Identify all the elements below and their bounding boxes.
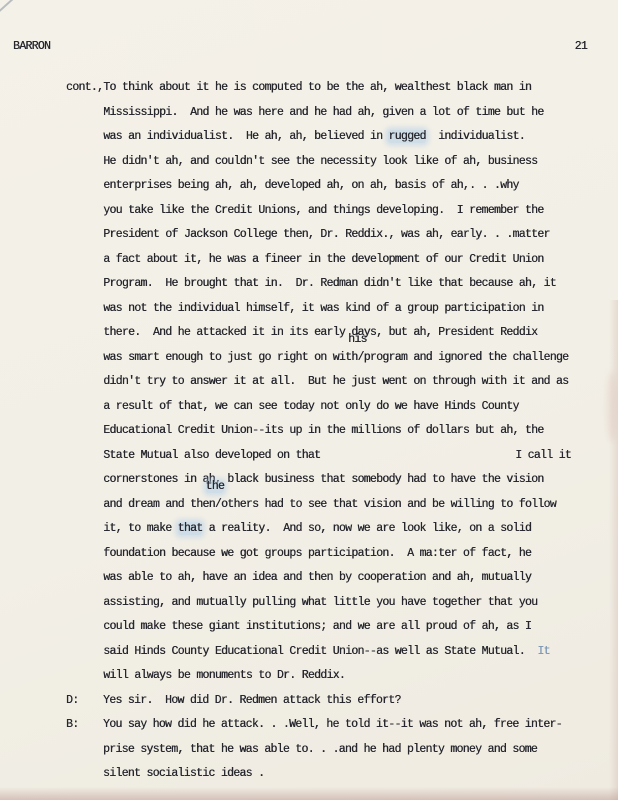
text-segment: was smart enough to just go right on wit… bbox=[103, 351, 568, 364]
text-segment: was not the individual himself, it was k… bbox=[103, 302, 543, 315]
text-segment: said Hinds County Educational Credit Uni… bbox=[103, 645, 537, 658]
interlinear-insertion: the bbox=[206, 481, 225, 493]
speaker-label: B: bbox=[0, 713, 103, 738]
transcript-line: will always be monuments to Dr. Reddix. bbox=[103, 664, 571, 689]
text-segment: prise system, that he was able to. . .an… bbox=[103, 743, 537, 756]
transcript-line: was not the individual himself, it was k… bbox=[103, 297, 571, 322]
highlighted-word: rugged bbox=[388, 130, 425, 143]
text-segment: Mississippi. And he was here and he had … bbox=[103, 106, 543, 119]
text-segment: was an individualist. He ah, ah, believe… bbox=[103, 130, 388, 143]
transcript-line: cornerstones in ah, black business that … bbox=[103, 468, 571, 493]
text-segment: cornerstones in ah, black business that … bbox=[103, 473, 543, 486]
transcript-body: cont.,To think about it he is computed t… bbox=[0, 76, 618, 787]
transcript-line: could make these giant institutions; and… bbox=[103, 615, 571, 640]
turn-text-column: Yes sir. How did Dr. Redmen attack this … bbox=[103, 689, 618, 714]
transcript-line: He didn't ah, and couldn't see the neces… bbox=[103, 150, 571, 175]
text-segment: To think about it he is computed to be t… bbox=[103, 81, 531, 94]
text-segment: a fact about it, he was a fineer in the … bbox=[103, 253, 543, 266]
transcript-line: You say how did he attack. . .Well, he t… bbox=[103, 713, 571, 738]
text-segment: Educational Credit Union--its up in the … bbox=[103, 424, 543, 437]
text-segment: assisting, and mutually pulling what lit… bbox=[103, 596, 537, 609]
transcript-line: President of Jackson College then, Dr. R… bbox=[103, 223, 571, 248]
text-segment: will always be monuments to Dr. Reddix. bbox=[103, 669, 345, 682]
text-segment: Yes sir. How did Dr. Redmen attack this … bbox=[103, 694, 401, 707]
text-segment: Program. He brought that in. Dr. Redman … bbox=[103, 277, 556, 290]
transcript-line: Mississippi. And he was here and he had … bbox=[103, 101, 571, 126]
transcript-turn: cont.,To think about it he is computed t… bbox=[0, 76, 618, 689]
transcript-line: foundation because we got groups partici… bbox=[103, 542, 571, 567]
text-segment: was able to ah, have an idea and then by… bbox=[103, 571, 531, 584]
text-segment: and dream and then/others had to see tha… bbox=[103, 498, 556, 511]
transcript-turn: B:You say how did he attack. . .Well, he… bbox=[0, 713, 618, 787]
right-margin-text: I call it bbox=[515, 444, 571, 469]
transcript-line: prise system, that he was able to. . .an… bbox=[103, 738, 571, 763]
transcript-line: you take like the Credit Unions, and thi… bbox=[103, 199, 571, 224]
speaker-label: cont., bbox=[0, 76, 103, 101]
transcript-line: State Mutual also developed on thatI cal… bbox=[103, 444, 571, 469]
transcript-line: was able to ah, have an idea and then by… bbox=[103, 566, 571, 591]
transcript-line: said Hinds County Educational Credit Uni… bbox=[103, 640, 571, 665]
scan-corner-artifact bbox=[0, 0, 13, 12]
header-speaker-name: BARRON bbox=[13, 40, 50, 53]
text-segment: could make these giant institutions; and… bbox=[103, 620, 531, 633]
transcript-line: Educational Credit Union--its up in the … bbox=[103, 419, 571, 444]
transcript-line: Program. He brought that in. Dr. Redman … bbox=[103, 272, 571, 297]
text-segment: He didn't ah, and couldn't see the neces… bbox=[103, 155, 537, 168]
transcript-line: was smart enough to just go right on wit… bbox=[103, 346, 571, 371]
text-segment: foundation because we got groups partici… bbox=[103, 547, 531, 560]
faded-blue-word: It bbox=[537, 645, 549, 658]
page-number: 21 bbox=[575, 40, 587, 53]
text-segment: a result of that, we can see today not o… bbox=[103, 400, 518, 413]
transcript-line: silent socialistic ideas . bbox=[103, 762, 571, 787]
page-header: BARRON 21 bbox=[13, 40, 587, 53]
text-segment: didn't try to answer it at all. But he j… bbox=[103, 375, 568, 388]
transcript-line: a fact about it, he was a fineer in the … bbox=[103, 248, 571, 273]
highlighted-word: that bbox=[178, 522, 203, 535]
transcript-line: was an individualist. He ah, ah, believe… bbox=[103, 125, 571, 150]
text-segment: enterprises being ah, ah, developed ah, … bbox=[103, 179, 518, 192]
transcript-line: it, to make that a reality. And so, now … bbox=[103, 517, 571, 542]
text-segment: you take like the Credit Unions, and thi… bbox=[103, 204, 543, 217]
text-segment: silent socialistic ideas . bbox=[103, 767, 264, 780]
text-segment: a reality. And so, now we are look like,… bbox=[202, 522, 531, 535]
transcript-line: enterprises being ah, ah, developed ah, … bbox=[103, 174, 571, 199]
transcript-line: Yes sir. How did Dr. Redmen attack this … bbox=[103, 689, 571, 714]
text-segment: individualist. bbox=[426, 130, 525, 143]
transcript-line: didn't try to answer it at all. But he j… bbox=[103, 370, 571, 395]
transcript-line: there. And he attacked it in its early d… bbox=[103, 321, 571, 346]
interlinear-insertion: his bbox=[348, 334, 367, 346]
transcript-turn: D:Yes sir. How did Dr. Redmen attack thi… bbox=[0, 689, 618, 714]
turn-text-column: You say how did he attack. . .Well, he t… bbox=[103, 713, 618, 787]
text-segment: You say how did he attack. . .Well, he t… bbox=[103, 718, 562, 731]
scan-edge-shadow-bottom bbox=[0, 787, 618, 800]
text-segment: it, to make bbox=[103, 522, 177, 535]
speaker-label: D: bbox=[0, 689, 103, 714]
transcript-page: BARRON 21 cont.,To think about it he is … bbox=[0, 0, 618, 800]
transcript-line: assisting, and mutually pulling what lit… bbox=[103, 591, 571, 616]
text-segment: State Mutual also developed on that bbox=[103, 449, 320, 462]
transcript-line: and dream and then/others had to see tha… bbox=[103, 493, 571, 518]
text-segment: there. And he attacked it in its early d… bbox=[103, 326, 537, 339]
text-segment: President of Jackson College then, Dr. R… bbox=[103, 228, 549, 241]
turn-text-column: To think about it he is computed to be t… bbox=[103, 76, 618, 689]
transcript-line: a result of that, we can see today not o… bbox=[103, 395, 571, 420]
transcript-line: To think about it he is computed to be t… bbox=[103, 76, 571, 101]
